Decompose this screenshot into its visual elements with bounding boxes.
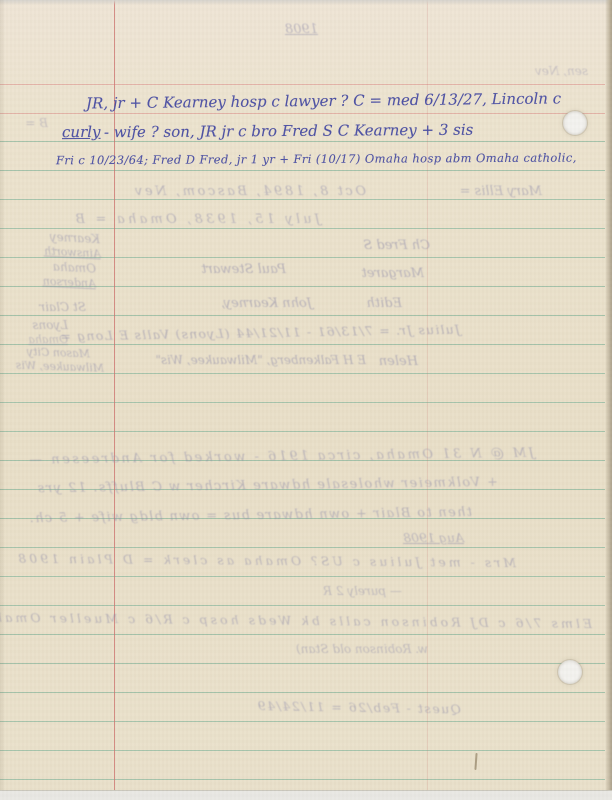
handwriting-line: JR, jr + C Kearney hosp c lawyer ? C = m…	[86, 90, 542, 114]
bleed-text-line: St Clair	[14, 300, 86, 315]
scan-edge-bottom	[0, 790, 612, 800]
bleed-text-line: Ch Fred S	[328, 238, 430, 254]
bleed-text-line: — purely 2 R	[290, 584, 402, 599]
bleed-text-line: E H Falkenberg, "Milwaukee, Wis"	[110, 353, 366, 368]
bleed-text-line: Mary Ellis =	[424, 184, 542, 200]
bleed-text-line: Paul Stewart	[166, 262, 286, 278]
handwriting-line: - wife ? son, JR jr c bro Fred S C Kearn…	[104, 121, 460, 142]
bleed-text-line: July 15, 1938, Omaha = B	[72, 212, 320, 228]
bleed-text-line: Margaret	[328, 266, 424, 282]
handwriting-line: curly	[62, 123, 101, 142]
header-rule-line	[0, 84, 605, 85]
bleed-text-line: B =	[10, 116, 48, 131]
bleed-margin-line	[427, 0, 428, 792]
bleed-text-line: Quest - Feb/26 = 11/24/49	[283, 698, 461, 717]
bleed-text-line: Aug 1908	[388, 530, 464, 546]
bleed-text-line: Oct 8, 1894, Bascom, Nev	[134, 184, 366, 200]
header-rule-line	[0, 113, 605, 114]
hole-punch	[558, 660, 582, 684]
handwriting-line: Fri c 10/23/64; Fred D Fred, jr 1 yr + F…	[56, 151, 548, 168]
bleed-text-line: 1908	[256, 22, 318, 38]
bleed-text-line: John Kearney,	[182, 296, 312, 312]
bleed-text-line: sen, Nev	[503, 64, 588, 79]
scanned-page: 1908sen, NevB =Mary Ellis =Oct 8, 1894, …	[0, 0, 612, 800]
scan-edge-left	[0, 0, 5, 800]
scan-edge-right	[605, 0, 612, 800]
bleed-text-line: Lyons	[12, 318, 68, 333]
bleed-text-line: w. Robinson old Stan)	[248, 642, 428, 657]
bleed-text-line: Edith	[342, 296, 402, 312]
hole-punch	[563, 111, 587, 135]
red-margin-line	[114, 0, 115, 792]
scan-edge-top	[0, 0, 612, 5]
